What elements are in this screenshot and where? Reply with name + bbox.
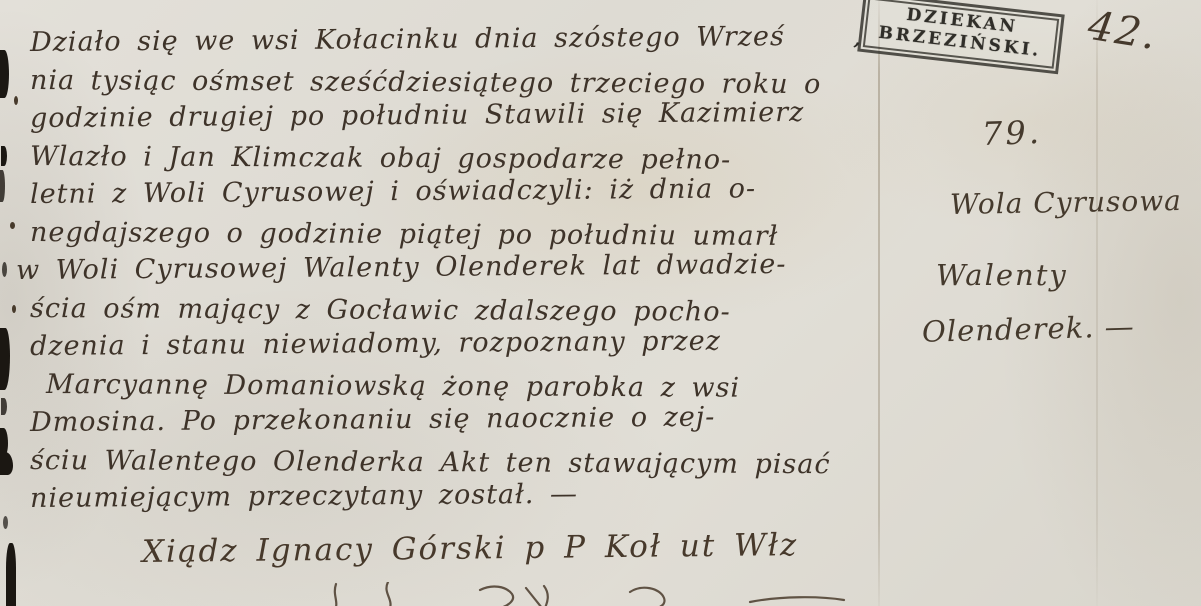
secondary-fold-line	[1096, 0, 1098, 606]
record-line: godzinie drugiej po południu Stawili się…	[30, 93, 892, 138]
scanned-death-record-page: DZIEKAN BRZEZIŃSKI. ʼ 42. 79. Wola Cyrus…	[0, 0, 1201, 606]
scan-edge-mark	[6, 543, 16, 606]
cutoff-line-strokes	[330, 582, 850, 606]
margin-place-name: Wola Cyrusowa	[950, 184, 1182, 221]
scan-edge-mark	[1, 146, 7, 166]
ink-speck	[12, 305, 16, 313]
record-text-block: Działo się we wsi Kołacinku dnia szósteg…	[30, 24, 892, 571]
scan-edge-mark	[0, 452, 13, 475]
scan-edge-mark	[0, 50, 9, 98]
scan-edge-mark	[1, 398, 7, 415]
record-line: w Woli Cyrusowej Walenty Olenderek lat d…	[16, 245, 892, 290]
margin-first-name: Walenty	[936, 258, 1068, 292]
record-line: Działo się we wsi Kołacinku dnia szósteg…	[30, 17, 892, 62]
scan-edge-mark	[2, 262, 7, 277]
priest-signature-line: Xiądz Ignacy Górski p P Koł ut Włz	[142, 525, 892, 571]
record-number: 79.	[981, 113, 1042, 153]
cutoff-strokes-svg	[330, 582, 850, 606]
ink-speck	[14, 96, 18, 105]
record-line: nieumiejącym przeczytany został. —	[30, 473, 892, 518]
ink-speck	[10, 222, 15, 229]
stamp-inner-border: DZIEKAN BRZEZIŃSKI.	[863, 0, 1059, 69]
scan-edge-mark	[0, 170, 5, 202]
scan-edge-mark	[3, 516, 8, 529]
scan-edge-mark	[0, 328, 10, 390]
margin-last-name: Olenderek. —	[922, 309, 1135, 349]
record-line: Dmosina. Po przekonaniu się naocznie o z…	[30, 397, 892, 442]
record-line: dzenia i stanu niewiadomy, rozpoznany pr…	[30, 321, 892, 366]
record-line: letni z Woli Cyrusowej i oświadczyli: iż…	[30, 169, 892, 214]
